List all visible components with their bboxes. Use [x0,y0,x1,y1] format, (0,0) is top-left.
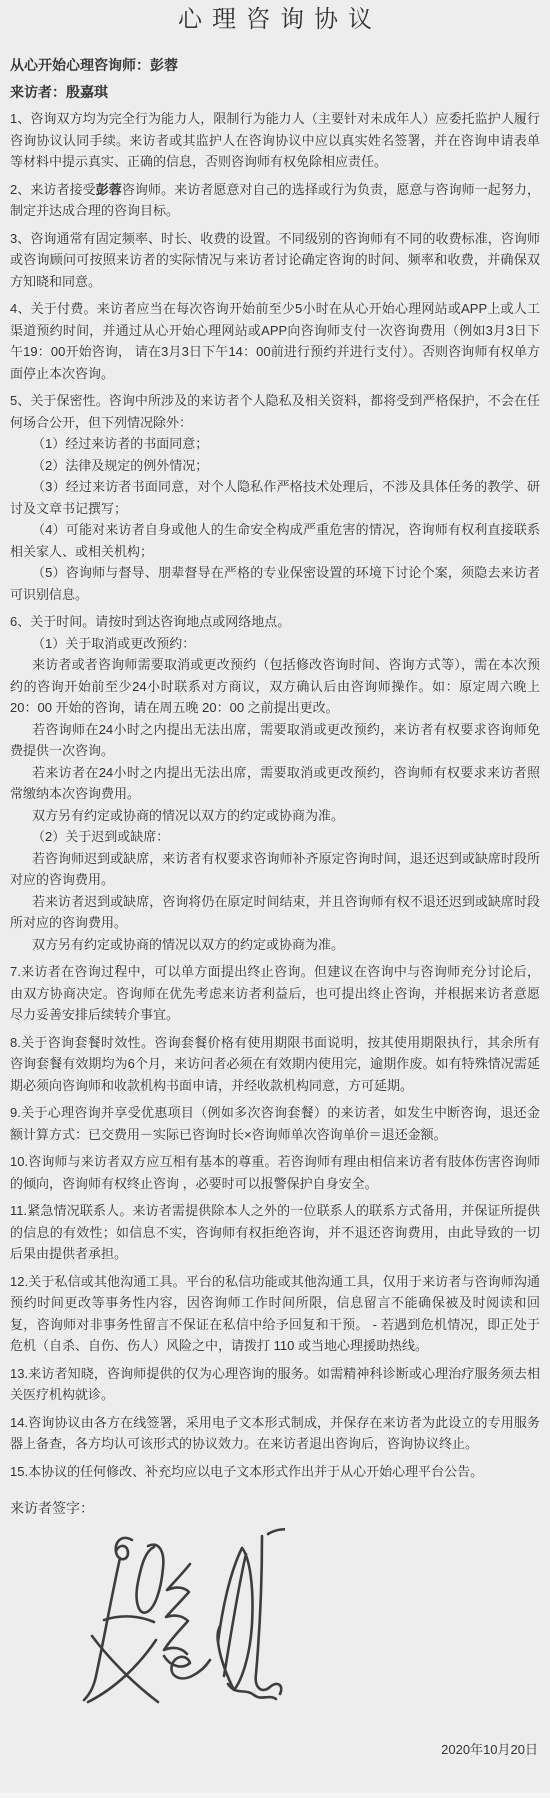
clause-line: 14.咨询协议由各方在线签署，采用电子文本形式制成，并保存在来访者为此设立的专用… [10,1412,540,1455]
clause: 13.来访者知晓，咨询师提供的仅为心理咨询的服务。如需精神科诊断或心理治疗服务须… [10,1363,540,1406]
clause-line: 13.来访者知晓，咨询师提供的仅为心理咨询的服务。如需精神科诊断或心理治疗服务须… [10,1363,540,1406]
clause-line: 若咨询师在24小时之内提出无法出席，需要取消或更改预约，来访者有权要求咨询师免费… [10,719,540,762]
signature-stroke [224,1554,246,1676]
counselor-label: 从心开始心理咨询师： [10,57,150,73]
visitor-line: 来访者：殷嘉琪 [10,83,540,101]
clause-line: 11.紧急情况联系人。来访者需提供除本人之外的一位联系人的联系方式备用，并保证所… [10,1200,540,1265]
clause-line: 双方另有约定或协商的情况以双方的约定或协商为准。 [10,805,540,827]
document-body: 从心开始心理咨询师：彭蓉 来访者：殷嘉琪 1、咨询双方均为完全行为能力人，限制行… [0,56,550,1758]
clause-line: 4、关于付费。来访者应当在每次咨询开始前至少5小时在从心开始心理网站或APP上或… [10,298,540,384]
clause-line: 来访者或者咨询师需要取消或更改预约（包括修改咨询时间、咨询方式等），需在本次预约… [10,654,540,719]
clause-line: 2、来访者接受彭蓉咨询师。来访者愿意对自己的选择或行为负责，愿意与咨询师一起努力… [10,179,540,222]
clause: 11.紧急情况联系人。来访者需提供除本人之外的一位联系人的联系方式备用，并保证所… [10,1200,540,1265]
clause-line: （3）经过来访者书面同意，对个人隐私作严格技术处理后，不涉及具体任务的教学、研讨… [10,476,540,519]
clause: 5、关于保密性。咨询中所涉及的来访者个人隐私及相关资料，都将受到严格保护，不会在… [10,390,540,605]
clause-line: 8.关于咨询套餐时效性。咨询套餐价格有使用期限书面说明，按其使用期限执行，其余所… [10,1032,540,1097]
visitor-label: 来访者： [10,84,66,100]
counselor-name: 彭蓉 [150,57,178,73]
clause-line: 15.本协议的任何修改、补充均应以电子文本形式作出并于从心开始心理平台公告。 [10,1461,540,1483]
clause: 6、关于时间。请按时到达咨询地点或网络地点。（1）关于取消或更改预约：来访者或者… [10,611,540,955]
signature-stroke [164,1656,210,1678]
clause: 2、来访者接受彭蓉咨询师。来访者愿意对自己的选择或行为负责，愿意与咨询师一起努力… [10,179,540,222]
clause-line: 若咨询师迟到或缺席，来访者有权要求咨询师补齐原定咨询时间，退还迟到或缺席时段所对… [10,848,540,891]
visitor-signature-image [70,1524,285,1714]
signature-label: 来访者签字： [10,1498,540,1518]
clause: 8.关于咨询套餐时效性。咨询套餐价格有使用期限书面说明，按其使用期限执行，其余所… [10,1032,540,1097]
signature-stroke [137,1545,164,1613]
clause: 12.关于私信或其他沟通工具。平台的私信功能或其他沟通工具，仅用于来访者与咨询师… [10,1271,540,1357]
clause-line: （2）法律及规定的例外情况； [10,455,540,477]
clause: 3、咨询通常有固定频率、时长、收费的设置。不同级别的咨询师有不同的收费标准，咨询… [10,228,540,293]
visitor-name: 殷嘉琪 [66,84,108,100]
clause-line: （1）经过来访者的书面同意； [10,433,540,455]
clause-line: 5、关于保密性。咨询中所涉及的来访者个人隐私及相关资料，都将受到严格保护，不会在… [10,390,540,433]
signature-stroke [256,1536,282,1694]
clause-line: 7.来访者在咨询过程中，可以单方面提出终止咨询。但建议在咨询中与咨询师充分讨论后… [10,961,540,1026]
clause: 10.咨询师与来访者双方应互相有基本的尊重。若咨询师有理由相信来访者有肢体伤害咨… [10,1151,540,1194]
clause-line: 若来访者迟到或缺席，咨询将仍在原定时间结束，并且咨询师有权不退还迟到或缺席时段所… [10,891,540,934]
clause-line: （2）关于迟到或缺席： [10,826,540,848]
clause: 15.本协议的任何修改、补充均应以电子文本形式作出并于从心开始心理平台公告。 [10,1461,540,1483]
clause-line: （1）关于取消或更改预约： [10,633,540,655]
clause: 14.咨询协议由各方在线签署，采用电子文本形式制成，并保存在来访者为此设立的专用… [10,1412,540,1455]
counselor-line: 从心开始心理咨询师：彭蓉 [10,56,540,74]
clause: 1、咨询双方均为完全行为能力人，限制行为能力人（主要针对未成年人）应委托监护人履… [10,108,540,173]
bottom-strip [0,1793,550,1798]
clause-line: 1、咨询双方均为完全行为能力人，限制行为能力人（主要针对未成年人）应委托监护人履… [10,108,540,173]
clause-line: 9.关于心理咨询并享受优惠项目（例如多次咨询套餐）的来访者，如发生中断咨询，退还… [10,1102,540,1145]
signature-date: 2020年10月20日 [10,1742,540,1758]
signature-stroke [164,1564,190,1654]
clause: 4、关于付费。来访者应当在每次咨询开始前至少5小时在从心开始心理网站或APP上或… [10,298,540,384]
clause-line: 若来访者在24小时之内提出无法出席，需要取消或更改预约，咨询师有权要求来访者照常… [10,762,540,805]
clause: 9.关于心理咨询并享受优惠项目（例如多次咨询套餐）的来访者，如发生中断咨询，退还… [10,1102,540,1145]
page-title: 心理咨询协议 [0,0,550,35]
clause-line: 12.关于私信或其他沟通工具。平台的私信功能或其他沟通工具，仅用于来访者与咨询师… [10,1271,540,1357]
signature-stroke [104,1616,154,1622]
clause-line: 3、咨询通常有固定频率、时长、收费的设置。不同级别的咨询师有不同的收费标准，咨询… [10,228,540,293]
signature-stroke [268,1529,285,1534]
clause-line: （5）咨询师与督导、朋辈督导在严格的专业保密设置的环境下讨论个案，须隐去来访者可… [10,562,540,605]
clause-line: 6、关于时间。请按时到达咨询地点或网络地点。 [10,611,540,633]
clause-line: （4）可能对来访者自身或他人的生命安全构成严重危害的情况，咨询师有权利直接联系相… [10,519,540,562]
agreement-document: 心理咨询协议 从心开始心理咨询师：彭蓉 来访者：殷嘉琪 1、咨询双方均为完全行为… [0,0,550,1798]
clause: 7.来访者在咨询过程中，可以单方面提出终止咨询。但建议在咨询中与咨询师充分讨论后… [10,961,540,1026]
signature-stroke [218,1548,253,1690]
clause-line: 10.咨询师与来访者双方应互相有基本的尊重。若咨询师有理由相信来访者有肢体伤害咨… [10,1151,540,1194]
clause-list: 1、咨询双方均为完全行为能力人，限制行为能力人（主要针对未成年人）应委托监护人履… [10,108,540,1482]
clause-line: 双方另有约定或协商的情况以双方的约定或协商为准。 [10,934,540,956]
